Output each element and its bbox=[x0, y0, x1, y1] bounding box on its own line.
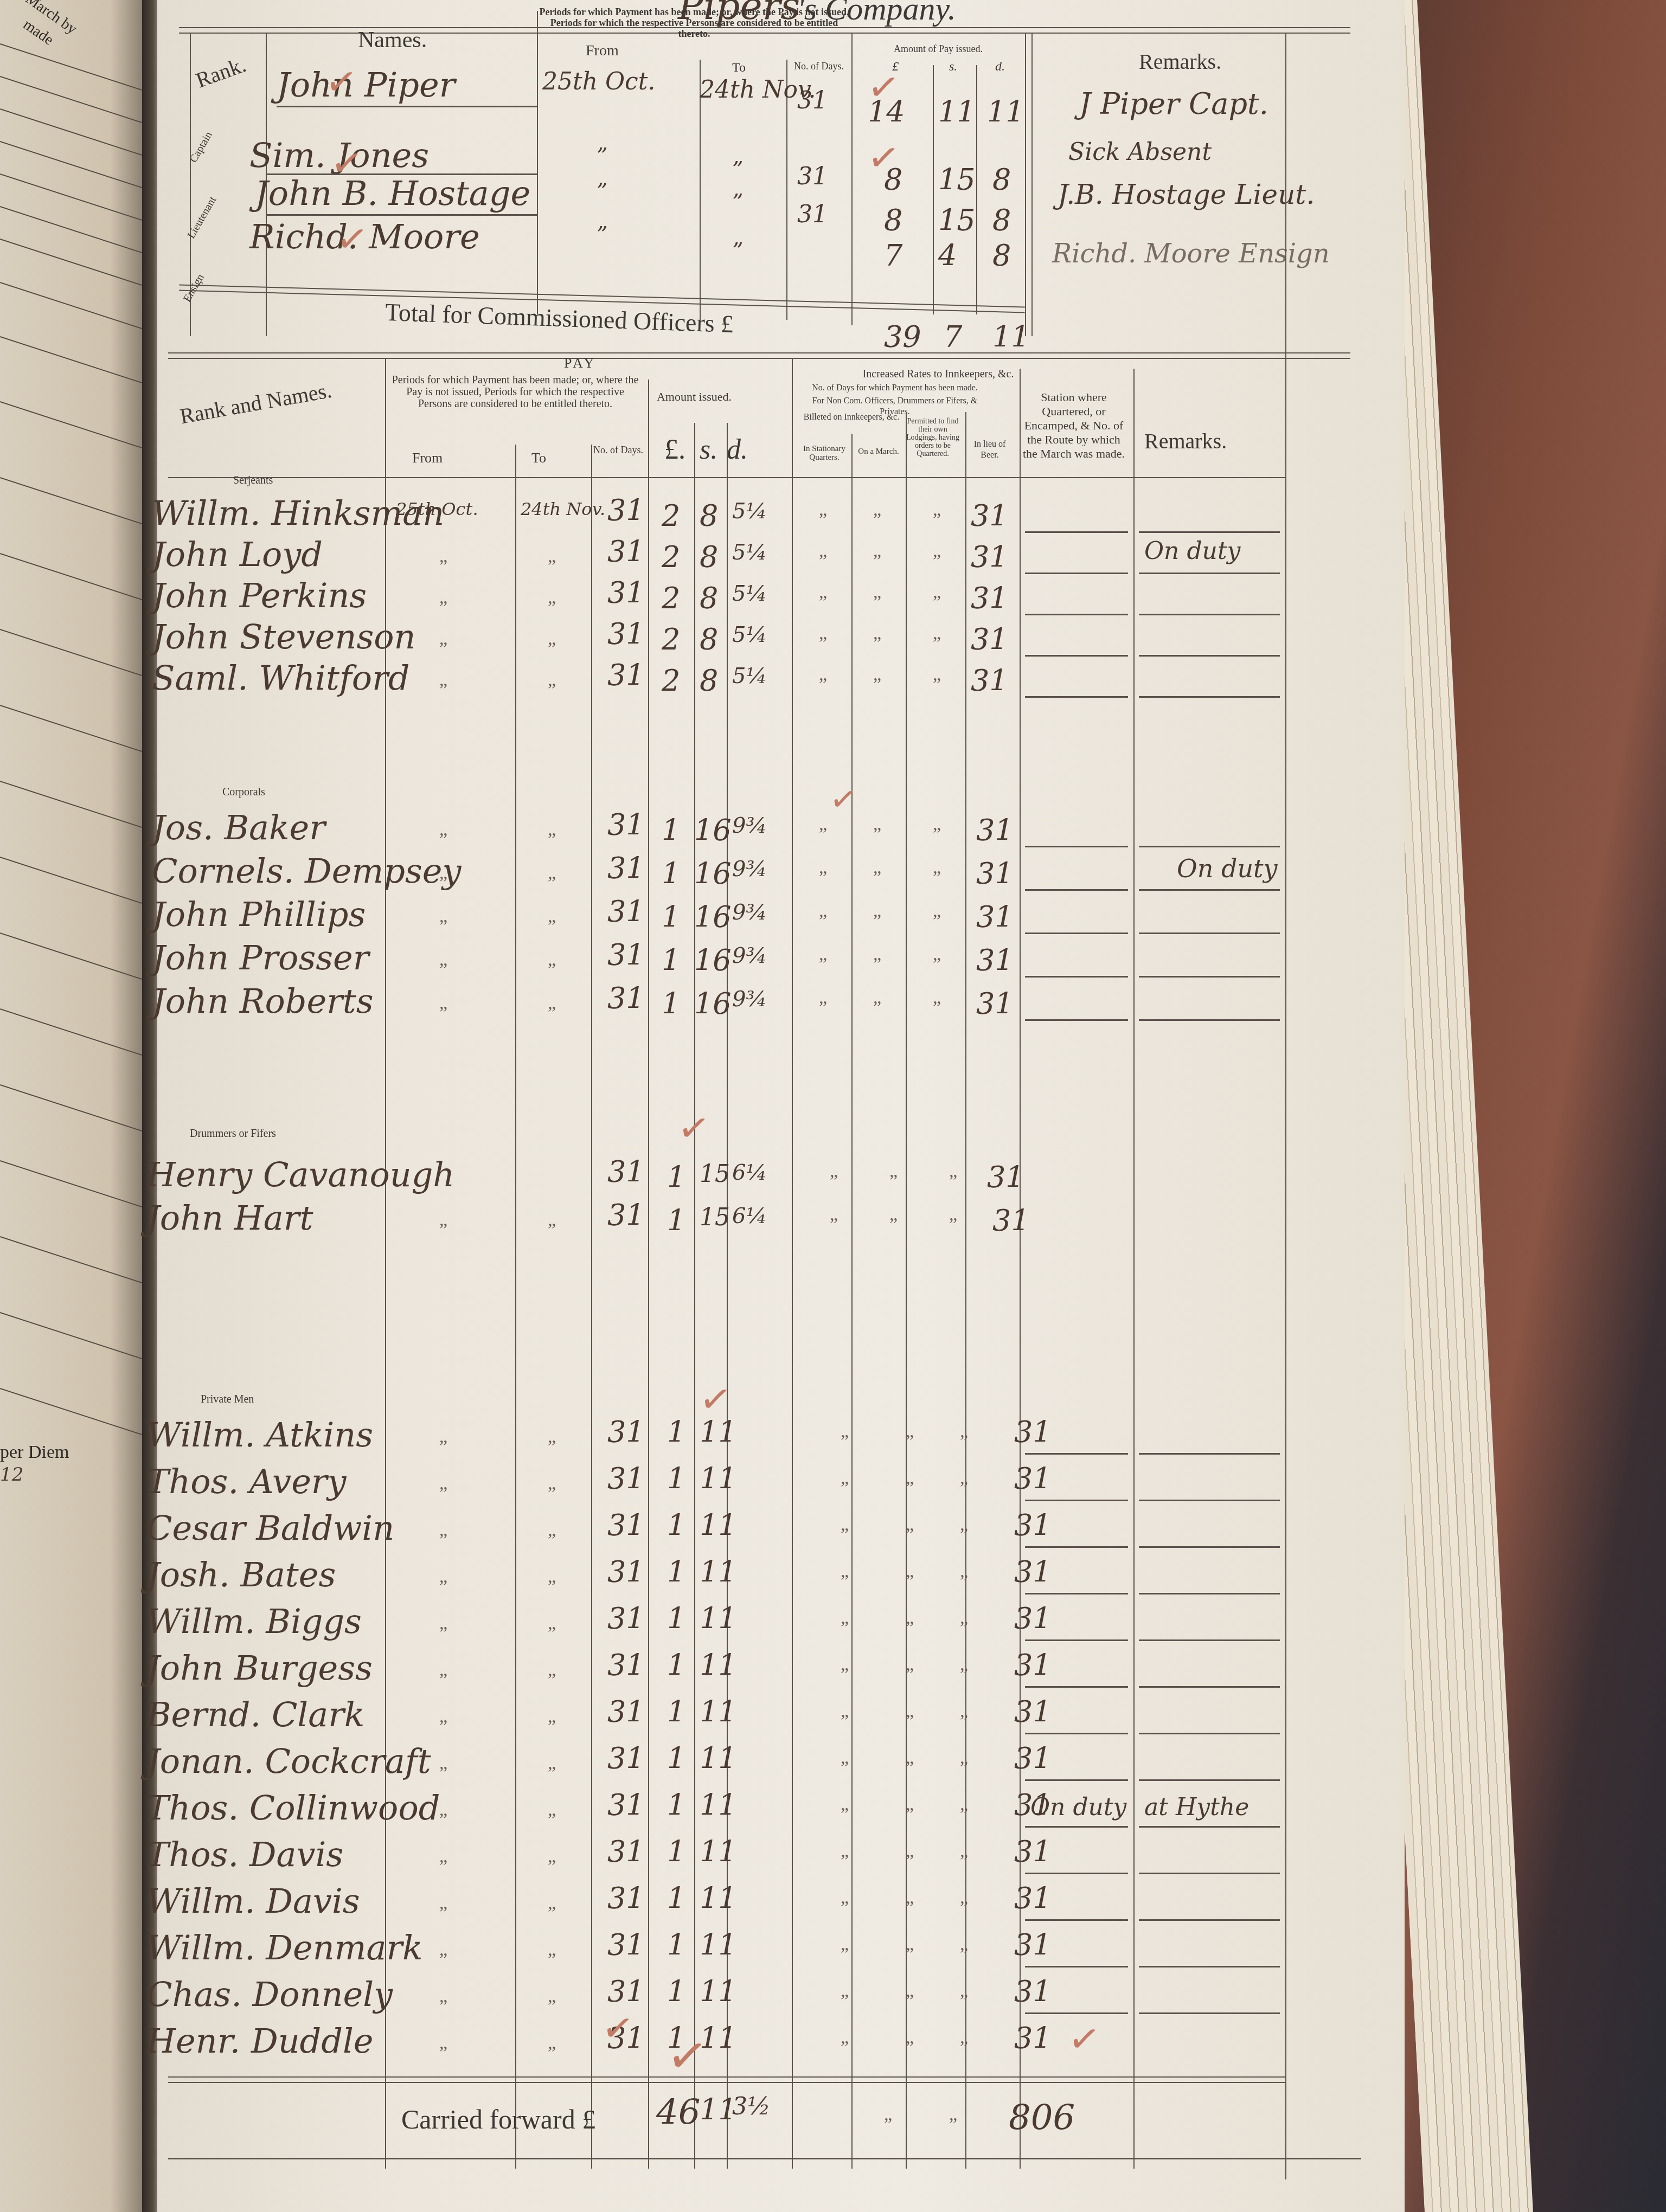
table-row: Henr. Duddle ” ” 31 1 11 ” ” ” 31 bbox=[157, 2027, 1285, 2073]
remark-at-hythe: at Hythe bbox=[1144, 1793, 1249, 1821]
left-page: March by made Remarks per Diem 12 bbox=[0, 0, 157, 2212]
table-row: Cesar Baldwin ” ” 31 1 11 ” ” ” 31 bbox=[157, 1514, 1285, 1560]
table-row: Jonan. Cockcraft ” ” 31 1 11 ” ” ” 31 bbox=[157, 1747, 1285, 1793]
header-to: To bbox=[732, 61, 746, 75]
red-tick-icon: ✓ bbox=[334, 215, 371, 263]
table-row: Willm. Hinksman 25th Oct. 24th Nov. 31 2… bbox=[157, 499, 1285, 540]
officer-remark: Richd. Moore Ensign bbox=[1052, 239, 1330, 269]
section-label-corporals: Corporals bbox=[222, 786, 265, 799]
table-row: Chas. Donnely ” ” 31 1 11 ” ” ” 31 bbox=[157, 1980, 1285, 2027]
officer-remark: J Piper Capt. bbox=[1079, 87, 1268, 121]
remark-on-duty: On duty bbox=[1177, 854, 1278, 883]
header-rank-names: Rank and Names. bbox=[178, 377, 334, 429]
section-label-private-men: Private Men bbox=[201, 1393, 254, 1406]
red-tick-icon: ✓ bbox=[328, 139, 366, 187]
officer-remark: J.B. Hostage Lieut. bbox=[1058, 179, 1315, 210]
table-row: Willm. Atkins ” ” 31 1 11 ” ” ” 31 bbox=[157, 1420, 1285, 1467]
remark-on-duty: On duty bbox=[1144, 537, 1240, 565]
header-on-march: On a March. bbox=[851, 447, 906, 456]
table-row: Bernd. Clark ” ” 31 1 11 ” ” ” 31 bbox=[157, 1700, 1285, 1747]
officer-name: John Piper bbox=[277, 65, 455, 105]
header-pence: d. bbox=[727, 434, 748, 466]
officers-total-pounds: 39 bbox=[884, 320, 921, 354]
header-names: Names. bbox=[358, 27, 427, 53]
per-diem-label: per Diem bbox=[0, 1442, 69, 1463]
header-days-paid: No. of Days for which Payment has been m… bbox=[797, 383, 992, 394]
rank-label-captain: Captain bbox=[188, 130, 215, 165]
table-row: Saml. Whitford ” ” 31 2 8 5¼ ” ” ” 31 bbox=[157, 664, 1285, 705]
header-pence: d. bbox=[995, 60, 1005, 74]
header-in-lieu-beer: In lieu of Beer. bbox=[965, 439, 1014, 461]
table-row: John Loyd ” ” 31 2 8 5¼ ” ” ” 31 On duty bbox=[157, 540, 1285, 581]
table-row: Thos. Avery ” ” 31 1 11 ” ” ” 31 bbox=[157, 1467, 1285, 1514]
red-tick-icon: ✓ bbox=[599, 2004, 637, 2052]
station-on-duty: On duty bbox=[1030, 1793, 1126, 1821]
table-row: Thos. Collinwood ” ” 31 1 11 ” ” ” 31 On… bbox=[157, 1793, 1285, 1840]
header-shillings: s. bbox=[949, 60, 957, 74]
section-label-serjeants: Serjeants bbox=[233, 474, 273, 487]
header-permitted: Permitted to find their own Lodgings, ha… bbox=[906, 417, 960, 458]
header-amount: Amount of Pay issued. bbox=[857, 43, 1020, 54]
header-remarks: Remarks. bbox=[1139, 49, 1221, 74]
carried-forward-pence: 3½ bbox=[732, 2093, 771, 2120]
table-row: Willm. Davis ” ” 31 1 11 ” ” ” 31 bbox=[157, 1887, 1285, 1933]
header-days: No. of Days. bbox=[789, 61, 849, 72]
red-tick-icon: ✓ bbox=[1066, 2015, 1103, 2063]
table-row: Cornels. Dempsey ” ” 31 1 16 9¾ ” ” ” 31… bbox=[157, 857, 1285, 900]
header-billeted: Billeted on Innkeepers, &c. bbox=[797, 412, 906, 423]
header-period-desc: Periods for which Payment has been made;… bbox=[537, 7, 851, 39]
header-stationary: In Stationary Quarters. bbox=[797, 445, 851, 462]
table-row: Jos. Baker ” ” 31 1 16 9¾ ” ” ” 31 bbox=[157, 813, 1285, 857]
red-tick-icon: ✓ bbox=[323, 57, 360, 106]
header-from: From bbox=[412, 450, 443, 466]
officer-name: John B. Hostage bbox=[255, 173, 530, 213]
header-station: Station where Quartered, or Encamped, & … bbox=[1020, 390, 1128, 461]
carried-forward-shillings: 11 bbox=[700, 2093, 737, 2127]
table-row: Henry Cavanough 31 1 15 6¼ ” ” ” 31 bbox=[157, 1160, 1285, 1204]
section-label-drummers: Drummers or Fifers bbox=[190, 1128, 276, 1140]
header-increased-rates: Increased Rates to Innkeepers, &c. bbox=[797, 369, 1079, 380]
header-to: To bbox=[531, 450, 546, 466]
carried-forward-pounds: 46 bbox=[656, 2093, 700, 2133]
header-pay: PAY bbox=[564, 355, 596, 371]
table-row: Willm. Denmark ” ” 31 1 11 ” ” ” 31 bbox=[157, 1933, 1285, 1980]
table-row: John Hart ” ” 31 1 15 6¼ ” ” ” 31 bbox=[157, 1204, 1285, 1247]
header-amount: Amount issued. bbox=[651, 390, 738, 403]
red-tick-icon: ✓ bbox=[865, 63, 902, 111]
table-row: John Phillips ” ” 31 1 16 9¾ ” ” ” 31 bbox=[157, 900, 1285, 943]
table-row: Josh. Bates ” ” 31 1 11 ” ” ” 31 bbox=[157, 1560, 1285, 1607]
header-rank: Rank. bbox=[193, 52, 249, 93]
header-pounds: £. bbox=[664, 434, 685, 466]
header-from: From bbox=[586, 42, 619, 60]
officers-total-shillings: 7 bbox=[944, 320, 962, 354]
table-row: John Stevenson ” ” 31 2 8 5¼ ” ” ” 31 bbox=[157, 622, 1285, 664]
header-remarks: Remarks. bbox=[1144, 428, 1227, 454]
table-row: John Perkins ” ” 31 2 8 5¼ ” ” ” 31 bbox=[157, 581, 1285, 622]
muster-roll-page: Pipers 's Company. Rank. Names. Periods … bbox=[157, 0, 1405, 2212]
officer-remark: Sick Absent bbox=[1068, 138, 1212, 166]
header-shillings: s. bbox=[700, 434, 717, 466]
table-row: Thos. Davis ” ” 31 1 11 ” ” ” 31 bbox=[157, 1840, 1285, 1887]
table-row: Willm. Biggs ” ” 31 1 11 ” ” ” 31 bbox=[157, 1607, 1285, 1654]
red-tick-icon: ✓ bbox=[675, 1104, 713, 1152]
header-period-desc: Periods for which Payment has been made;… bbox=[390, 374, 640, 410]
carried-forward-label: Carried forward £ bbox=[401, 2104, 595, 2135]
header-days: No. of Days. bbox=[591, 445, 645, 455]
per-diem-amount: 12 bbox=[0, 1464, 23, 1486]
table-row: John Roberts ” ” 31 1 16 9¾ ” ” ” 31 bbox=[157, 987, 1285, 1030]
officers-total-pence: 11 bbox=[992, 320, 1030, 354]
table-row: John Burgess ” ” 31 1 11 ” ” ” 31 bbox=[157, 1654, 1285, 1700]
carried-forward-beer-total: 806 bbox=[1009, 2098, 1075, 2138]
red-tick-icon: ✓ bbox=[865, 133, 902, 182]
table-row: John Prosser ” ” 31 1 16 9¾ ” ” ” 31 bbox=[157, 943, 1285, 987]
